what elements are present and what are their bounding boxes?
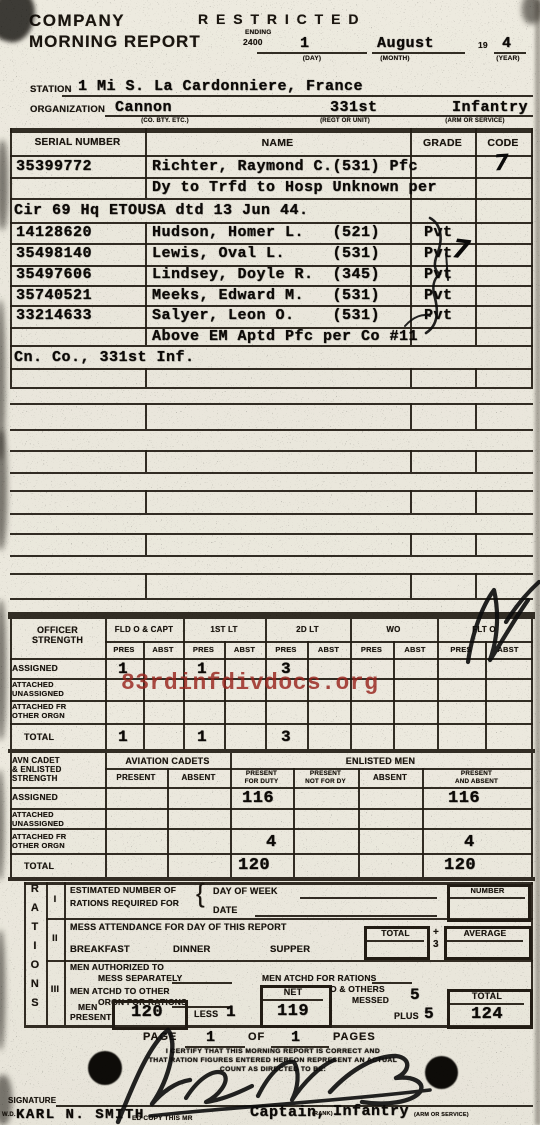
col-wo: WO [350,626,437,634]
enlisted-strength-title: & ENLISTED [12,766,62,774]
rations-letter: T [26,922,44,933]
row-assigned: ASSIGNED [12,664,58,673]
ending-label: ENDING [245,30,271,37]
o-and-others-label: O & OTHERS [330,985,385,994]
org-regiment-caption: (REGT OR UNIT) [290,118,400,124]
rations-numeral-ii: II [46,934,64,944]
roster-serial: 33214633 [16,308,92,323]
roster-divider [145,368,147,387]
roster-rule [10,155,533,157]
blank-divider [145,403,147,429]
blank-rule [10,555,533,557]
morning-report-scan: COMPANY R E S T R I C T E D MORNING REPO… [0,0,540,1125]
roster-left-border [10,128,12,387]
officer-total-fld-pres: 1 [118,729,128,745]
roster-span-entry: Cn. Co., 331st Inf. [14,350,195,365]
month-caption: (MONTH) [373,56,417,63]
day-rule [257,52,367,54]
subcol-abst: ABST [307,646,350,654]
men-present-value: 120 [114,1004,180,1021]
enlisted-border [531,753,533,877]
subcol-abst: ABST [224,646,265,654]
officer-rule [10,658,533,660]
roster-grade: Pvt [424,288,453,303]
roster-grade: Pvt [424,225,453,240]
rations-letter: A [26,903,44,914]
enlisted-subdivider [358,768,360,877]
roster-grade: Pvt [424,246,453,261]
enlisted-assigned-pfd: 116 [242,790,274,807]
row-attached-fr-other: OTHER ORGN [12,712,65,720]
subcol-pres: PRES [350,646,393,654]
page-label: PAGE [143,1032,177,1043]
of-label: OF [248,1032,265,1043]
officer-total-2lt-pres: 3 [281,729,291,745]
roster-name: Lewis, Oval L. (531) [152,246,380,261]
blank-divider [410,450,412,472]
subcol-pres: PRES [105,646,143,654]
day-value: 1 [300,36,310,51]
subcol-present-and-absent: PRESENT [422,771,531,777]
officer-total-1lt-pres: 1 [197,729,207,745]
group-aviation-cadets: AVIATION CADETS [105,757,230,766]
rations-total-label: TOTAL [450,992,524,1001]
rations-numeral-iii: III [46,985,64,995]
month-value: August [377,36,434,51]
plus-label: PLUS [394,1012,419,1021]
col-name: NAME [145,138,410,149]
enlisted-bottom-bar [8,877,535,881]
blank-divider [410,573,412,598]
col-1st-lt: 1ST LT [183,626,265,634]
roster-name: Salyer, Leon O. (531) [152,308,380,323]
subcol-absent: ABSENT [167,774,230,782]
roster-divider [475,128,477,345]
blank-divider [410,490,412,513]
officer-divider [105,619,107,749]
rations-letter: R [26,884,44,895]
roster-name: Lindsey, Doyle R. (345) [152,267,380,282]
blank-rule [10,573,533,575]
roster-serial: 35497606 [16,267,92,282]
day-of-week-label: DAY OF WEEK [213,887,278,896]
subcol-abst: ABST [485,646,531,654]
others-messed-value: 5 [410,987,420,1003]
mess-separately-label: MESS SEPARATELY [98,974,183,983]
net-rule [263,999,323,1001]
officer-rule [10,723,533,725]
average-label: AVERAGE [447,929,523,938]
subcol-present-not-for-dy: PRESENT [293,771,358,777]
men-authorized-label: MEN AUTHORIZED TO [70,963,164,972]
mess-separately-rule [172,982,232,984]
blank-rule [10,450,533,452]
officer-subdivider [485,641,487,749]
blank-rule [10,490,533,492]
enlisted-strength-title: STRENGTH [12,775,58,783]
less-value: 1 [226,1004,236,1020]
mess-total-rule [367,940,424,942]
subcol-pres: PRES [183,646,224,654]
blank-rule [10,429,533,431]
officer-rule [105,641,533,643]
roster-name: Richter, Raymond C.(531) Pfc [152,159,418,174]
blank-divider [145,573,147,598]
subcol-abst: ABST [143,646,183,654]
handwritten-code-7: 7 [493,152,510,175]
roster-serial: 35498140 [16,246,92,261]
enlisted-total-pa: 120 [444,857,476,874]
blank-rule [10,472,533,474]
col-code: CODE [475,138,531,149]
subcol-pres: PRES [437,646,485,654]
enlisted-attached-pa: 4 [464,834,475,851]
roster-serial: 14128620 [16,225,92,240]
men-present-label: MEN [78,1003,98,1012]
men-present-label: PRESENT [70,1013,112,1022]
enlisted-rule [10,808,533,810]
roster-span-entry: Cir 69 Hq ETOUSA dtd 13 Jun 44. [14,203,309,218]
officer-strength-title: STRENGTH [10,636,105,645]
year-caption: (YEAR) [488,56,528,63]
average-rule [447,940,523,942]
organization-rule [105,115,533,117]
year-prefix: 19 [478,41,488,50]
col-grade: GRADE [410,138,475,149]
subcol-present: PRESENT [105,774,167,782]
row-assigned: ASSIGNED [12,793,58,802]
year-value: 4 [502,36,512,51]
branch-value: Infantry [333,1104,409,1119]
roster-name: Meeks, Edward M. (531) [152,288,380,303]
officer-subdivider [393,641,395,749]
roster-rule [10,345,533,347]
subcol-present-for-duty: FOR DUTY [230,779,293,785]
rations-numeral-i: I [46,895,64,905]
pages-value: 1 [291,1030,301,1045]
roster-rule [10,368,533,370]
net-value: 119 [263,1003,323,1020]
rations-divider [64,882,66,1025]
copy-note-text: ED COPY THIS MR [132,1116,193,1123]
subcol-present-and-absent: AND ABSENT [422,779,531,785]
enlisted-rule [10,853,533,855]
org-branch-value: Infantry [452,100,528,115]
date-rule [255,915,437,917]
punch-hole [88,1051,122,1085]
blank-divider [475,533,477,555]
blank-rule [10,598,533,600]
blank-rule [10,513,533,515]
enlisted-divider [105,753,107,877]
blank-divider [145,533,147,555]
divide-three-glyph: 3 [433,940,439,950]
messed-label: MESSED [352,996,389,1005]
right-edge-shadow [535,0,540,1125]
group-enlisted-men: ENLISTED MEN [230,757,531,766]
row-attached-unassigned: ATTACHED [12,811,54,819]
rations-total-value: 124 [450,1006,524,1023]
blank-rule [10,533,533,535]
page-value: 1 [206,1030,216,1045]
station-label: STATION [30,85,72,95]
org-branch-caption: (ARM OR SERVICE) [420,118,530,124]
rations-letter: O [26,960,44,971]
officer-divider [437,619,439,749]
officer-top-bar [8,612,535,619]
subcol-abst: ABST [393,646,437,654]
rations-letter: I [26,941,44,952]
subcol-present-for-duty: PRESENT [230,771,293,777]
edge-blot [0,930,5,1050]
roster-rule [10,387,533,389]
plus-value: 5 [424,1006,434,1022]
blank-divider [410,403,412,429]
officer-bottom-bar [8,749,535,753]
men-atchd-other-label: MEN ATCHD TO OTHER [70,987,170,996]
enlisted-attached-pfd: 4 [266,834,277,851]
blank-divider [475,450,477,472]
edge-blot [0,140,8,230]
roster-name: Hudson, Homer L. (521) [152,225,380,240]
mess-attendance-label: MESS ATTENDANCE FOR DAY OF THIS REPORT [70,923,287,932]
roster-divider [475,368,477,387]
row-total: TOTAL [24,733,54,742]
org-regiment-value: 331st [330,100,378,115]
enlisted-subdivider [167,768,169,877]
blank-divider [145,490,147,513]
subcol-pres: PRES [265,646,307,654]
mess-total-label: TOTAL [367,929,424,938]
rations-letter: N [26,979,44,990]
col-serial-number: SERIAL NUMBER [10,138,145,148]
org-company-value: Cannon [115,100,172,115]
row-attached-unassigned: UNASSIGNED [12,690,64,698]
rations-letter: S [26,998,44,1009]
blank-divider [145,450,147,472]
blank-divider [475,490,477,513]
day-caption: (DAY) [292,56,332,63]
org-company-caption: (CO. BTY. ETC.) [110,118,220,124]
roster-grade: Pvt [424,267,453,282]
roster-divider [410,368,412,387]
blank-divider [475,573,477,598]
certification-text: I CERTIFY THAT THIS MORNING REPORT IS CO… [128,1049,418,1056]
roster-name: Dy to Trfd to Hosp Unknown per [152,180,437,195]
blank-divider [410,533,412,555]
enlisted-total-pfd: 120 [238,857,270,874]
station-value: 1 Mi S. La Cardonniere, France [78,79,363,94]
station-rule [62,95,533,97]
divide-plus-glyph: + [433,928,439,938]
col-flt-o: FLT O [437,626,531,634]
certification-text: COUNT AS DIRECTED TO BE: [128,1067,418,1074]
supper-label: SUPPER [270,945,310,955]
rations-i-label: RATIONS REQUIRED FOR [70,899,179,908]
pages-label: PAGES [333,1032,376,1043]
row-attached-fr-other: OTHER ORGN [12,842,65,850]
classification-restricted: R E S T R I C T E D [198,12,360,26]
certification-text: THAT RATION FIGURES ENTERED HEREON REPRE… [128,1058,418,1065]
rank-caption: (RANK) [312,1112,333,1118]
month-rule [372,52,465,54]
row-attached-unassigned: UNASSIGNED [12,820,64,828]
col-2d-lt: 2D LT [265,626,350,634]
row-attached-fr-other: ATTACHED FR [12,833,66,841]
blank-rule [10,403,533,405]
number-box-rule [450,897,525,899]
roster-rule [10,198,533,200]
col-fld-o-capt: FLD O & CAPT [105,626,183,634]
roster-divider [145,222,147,345]
dinner-label: DINNER [173,945,211,955]
date-label: DATE [213,906,238,915]
subcol-absent: ABSENT [358,774,422,782]
year-rule [494,52,526,54]
roster-grade: Pvt [424,308,453,323]
row-attached-unassigned: ATTACHED [12,681,54,689]
edge-blot [0,600,6,740]
punch-hole [425,1056,458,1089]
blank-divider [475,403,477,429]
roster-name: Above EM Aptd Pfc per Co #11 [152,329,418,344]
handwritten-brace-code-7: 7 [450,236,471,264]
signature-label: SIGNATURE [8,1097,56,1105]
edge-blot [0,430,7,550]
net-label: NET [263,988,323,997]
enlisted-strength-title: AVN CADET [12,757,60,765]
enlisted-assigned-pa: 116 [448,790,480,807]
form-title-company: COMPANY [29,12,125,29]
row-total: TOTAL [24,862,54,871]
branch-caption: (ARM OR SERVICE) [414,1113,469,1119]
breakfast-label: BREAKFAST [70,945,130,955]
row-attached-fr-other: ATTACHED FR [12,703,66,711]
brace-glyph: { [196,880,205,906]
officer-border [531,619,533,749]
roster-right-border [531,128,533,387]
officer-rule [10,700,533,702]
officer-strength-title: OFFICER [10,626,105,635]
watermark-text: 83rdinfdivdocs.org [121,670,378,696]
roster-top-bar [10,128,533,133]
number-box-label: NUMBER [450,887,525,895]
day-of-week-rule [300,897,437,899]
signature-handwriting [186,1072,252,1102]
edge-blot [0,770,4,880]
enlisted-rule [10,828,533,830]
rations-i-label: ESTIMATED NUMBER OF [70,886,176,895]
organization-label: ORGANIZATION [30,105,105,115]
subcol-present-not-for-dy: NOT FOR DY [293,779,358,785]
men-atchd-for-rations-label: MEN ATCHD FOR RATIONS [262,974,377,983]
roster-serial: 35399772 [16,159,92,174]
ending-2400-label: 2400 [243,38,263,47]
less-label: LESS [194,1010,218,1019]
roster-serial: 35740521 [16,288,92,303]
typed-name: KARL N. SMITH [16,1108,145,1122]
form-title-morning-report: MORNING REPORT [29,33,201,50]
